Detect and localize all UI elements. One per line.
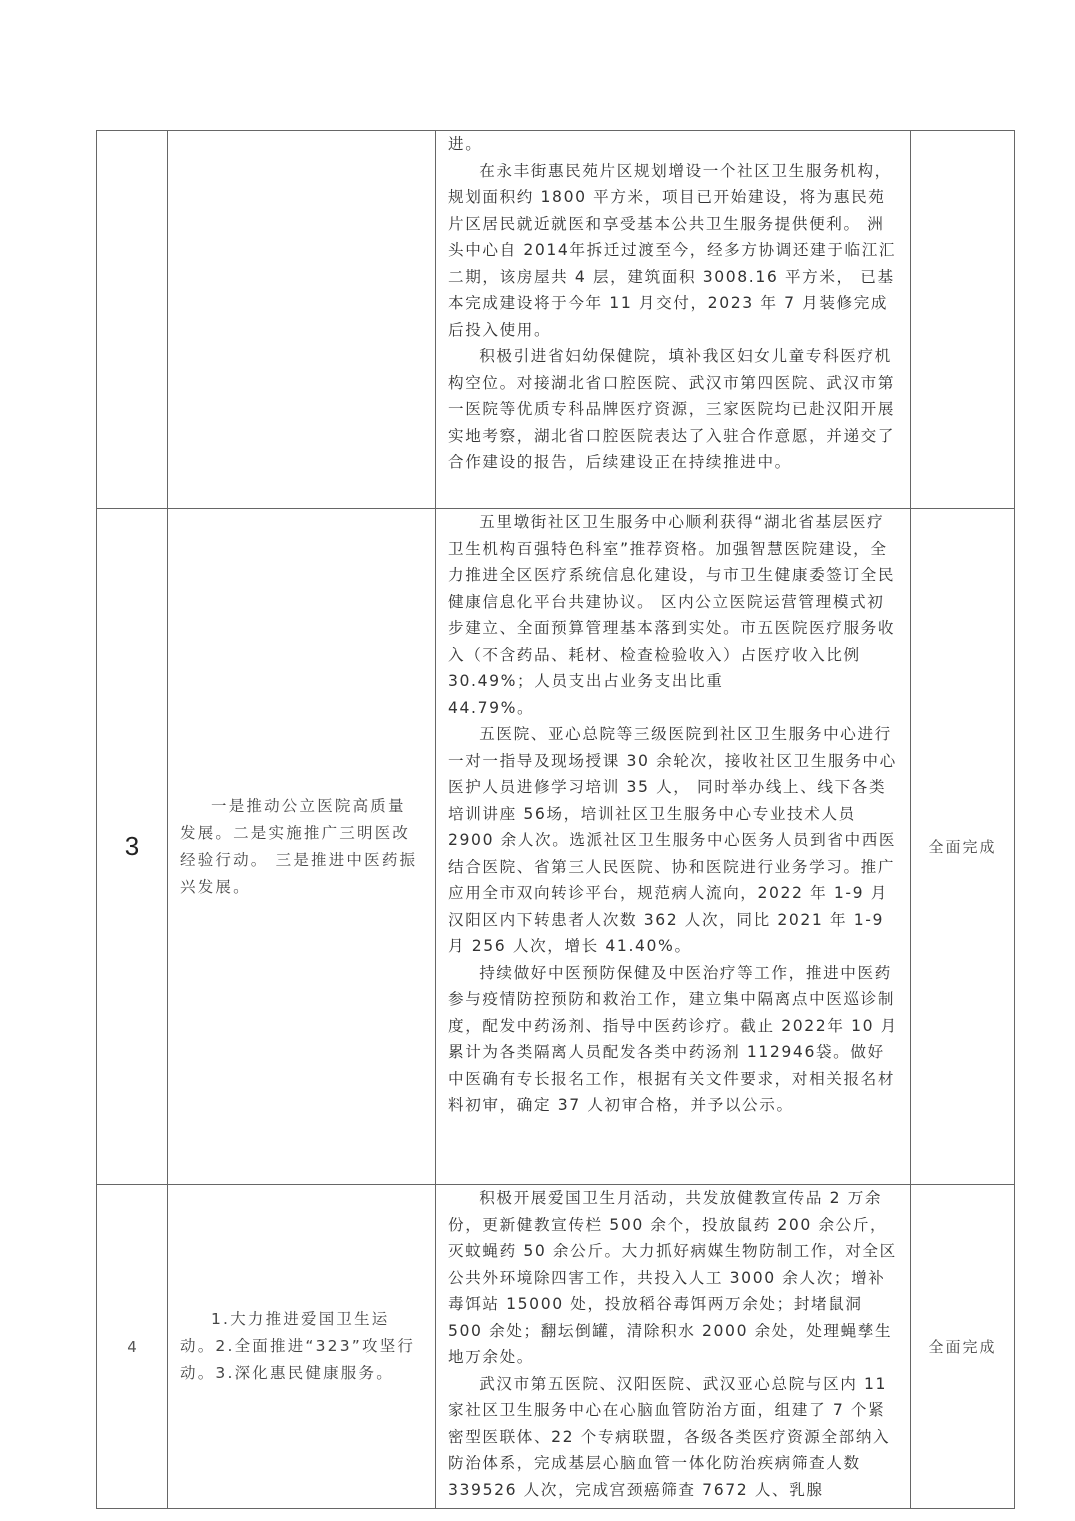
- detail-paragraph: 进。: [448, 131, 900, 158]
- detail-paragraph: 武汉市第五医院、汉阳医院、武汉亚心总院与区内 11 家社区卫生服务中心在心脑血管…: [448, 1371, 900, 1504]
- status-cell: [911, 131, 1015, 509]
- table-row: 3 一是推动公立医院高质量发展。二是实施推广三明医改经验行动。 三是推进中医药振…: [97, 509, 1015, 1185]
- progress-detail-cell: 五里墩街社区卫生服务中心顺利获得“湖北省基层医疗卫生机构百强特色科室”推荐资格。…: [436, 509, 911, 1185]
- detail-paragraph: 持续做好中医预防保健及中医治疗等工作，推进中医药参与疫情防控预防和救治工作，建立…: [448, 960, 900, 1119]
- detail-paragraph: 在永丰街惠民苑片区规划增设一个社区卫生服务机构，规划面积约 1800 平方米，项…: [448, 158, 900, 344]
- progress-detail-cell: 积极开展爱国卫生月活动，共发放健教宣传品 2 万余份，更新健教宣传栏 500 余…: [436, 1185, 911, 1509]
- task-text: 一是推动公立医院高质量发展。二是实施推广三明医改经验行动。 三是推进中医药振兴发…: [180, 793, 423, 901]
- row-number-cell: 4: [97, 1185, 168, 1509]
- detail-paragraph: 积极开展爱国卫生月活动，共发放健教宣传品 2 万余份，更新健教宣传栏 500 余…: [448, 1185, 900, 1371]
- task-cell: [168, 131, 436, 509]
- detail-paragraph: 44.79%。: [448, 695, 900, 722]
- status-cell: 全面完成: [911, 509, 1015, 1185]
- row-number-cell: 3: [97, 509, 168, 1185]
- detail-paragraph: 五医院、亚心总院等三级医院到社区卫生服务中心进行一对一指导及现场授课 30 余轮…: [448, 721, 900, 960]
- table-row: 4 1.大力推进爱国卫生运动。2.全面推进“323”攻坚行动。3.深化惠民健康服…: [97, 1185, 1015, 1509]
- task-cell: 1.大力推进爱国卫生运动。2.全面推进“323”攻坚行动。3.深化惠民健康服务。: [168, 1185, 436, 1509]
- detail-paragraph: 积极引进省妇幼保健院，填补我区妇女儿童专科医疗机构空位。对接湖北省口腔医院、武汉…: [448, 343, 900, 476]
- status-cell: 全面完成: [911, 1185, 1015, 1509]
- task-text: 1.大力推进爱国卫生运动。2.全面推进“323”攻坚行动。3.深化惠民健康服务。: [180, 1306, 423, 1387]
- row-number-cell: [97, 131, 168, 509]
- progress-detail-cell: 进。 在永丰街惠民苑片区规划增设一个社区卫生服务机构，规划面积约 1800 平方…: [436, 131, 911, 509]
- work-progress-table: 进。 在永丰街惠民苑片区规划增设一个社区卫生服务机构，规划面积约 1800 平方…: [96, 130, 1015, 1509]
- table-row: 进。 在永丰街惠民苑片区规划增设一个社区卫生服务机构，规划面积约 1800 平方…: [97, 131, 1015, 509]
- detail-paragraph: 五里墩街社区卫生服务中心顺利获得“湖北省基层医疗卫生机构百强特色科室”推荐资格。…: [448, 509, 900, 695]
- task-cell: 一是推动公立医院高质量发展。二是实施推广三明医改经验行动。 三是推进中医药振兴发…: [168, 509, 436, 1185]
